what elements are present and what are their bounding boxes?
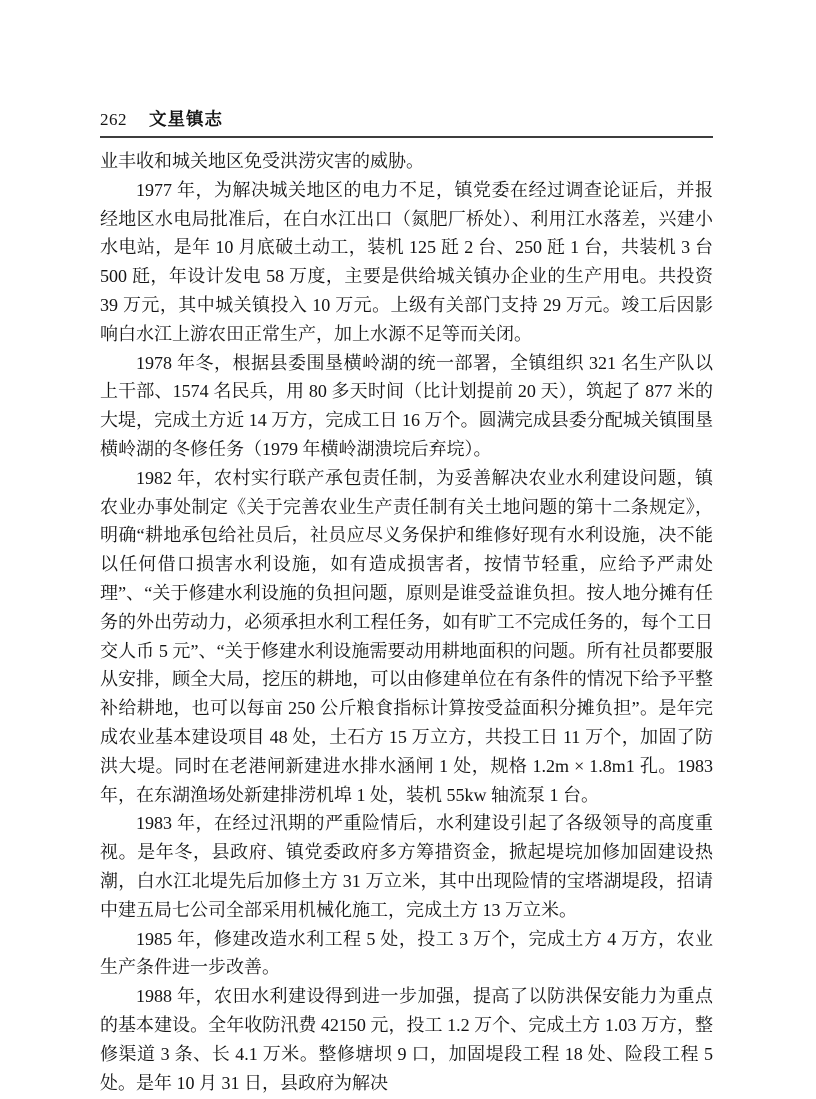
paragraph-1978: 1978 年冬，根据县委围垦横岭湖的统一部署，全镇组织 321 名生产队以上干部…	[100, 349, 713, 464]
running-header: 262 文星镇志	[100, 106, 713, 138]
paragraph-1985: 1985 年，修建改造水利工程 5 处，投工 3 万个，完成土方 4 万方，农业…	[100, 925, 713, 983]
page-content: 262 文星镇志 业丰收和城关地区免受洪涝灾害的威胁。 1977 年，为解决城关…	[100, 106, 713, 1097]
paragraph-1977: 1977 年，为解决城关地区的电力不足，镇党委在经过调查论证后，并报经地区水电局…	[100, 176, 713, 349]
page-number: 262	[100, 110, 127, 130]
paragraph-1988: 1988 年，农田水利建设得到进一步加强，提高了以防洪保安能力为重点的基本建设。…	[100, 982, 713, 1097]
body-text: 业丰收和城关地区免受洪涝灾害的威胁。 1977 年，为解决城关地区的电力不足，镇…	[100, 147, 713, 1097]
book-page: 262 文星镇志 业丰收和城关地区免受洪涝灾害的威胁。 1977 年，为解决城关…	[0, 0, 816, 1099]
paragraph-1982: 1982 年，农村实行联产承包责任制，为妥善解决农业水利建设问题，镇农业办事处制…	[100, 464, 713, 810]
paragraph-continuation: 业丰收和城关地区免受洪涝灾害的威胁。	[100, 147, 713, 176]
paragraph-1983: 1983 年，在经过汛期的严重险情后，水利建设引起了各级领导的高度重视。是年冬，…	[100, 809, 713, 924]
book-title: 文星镇志	[149, 106, 223, 131]
